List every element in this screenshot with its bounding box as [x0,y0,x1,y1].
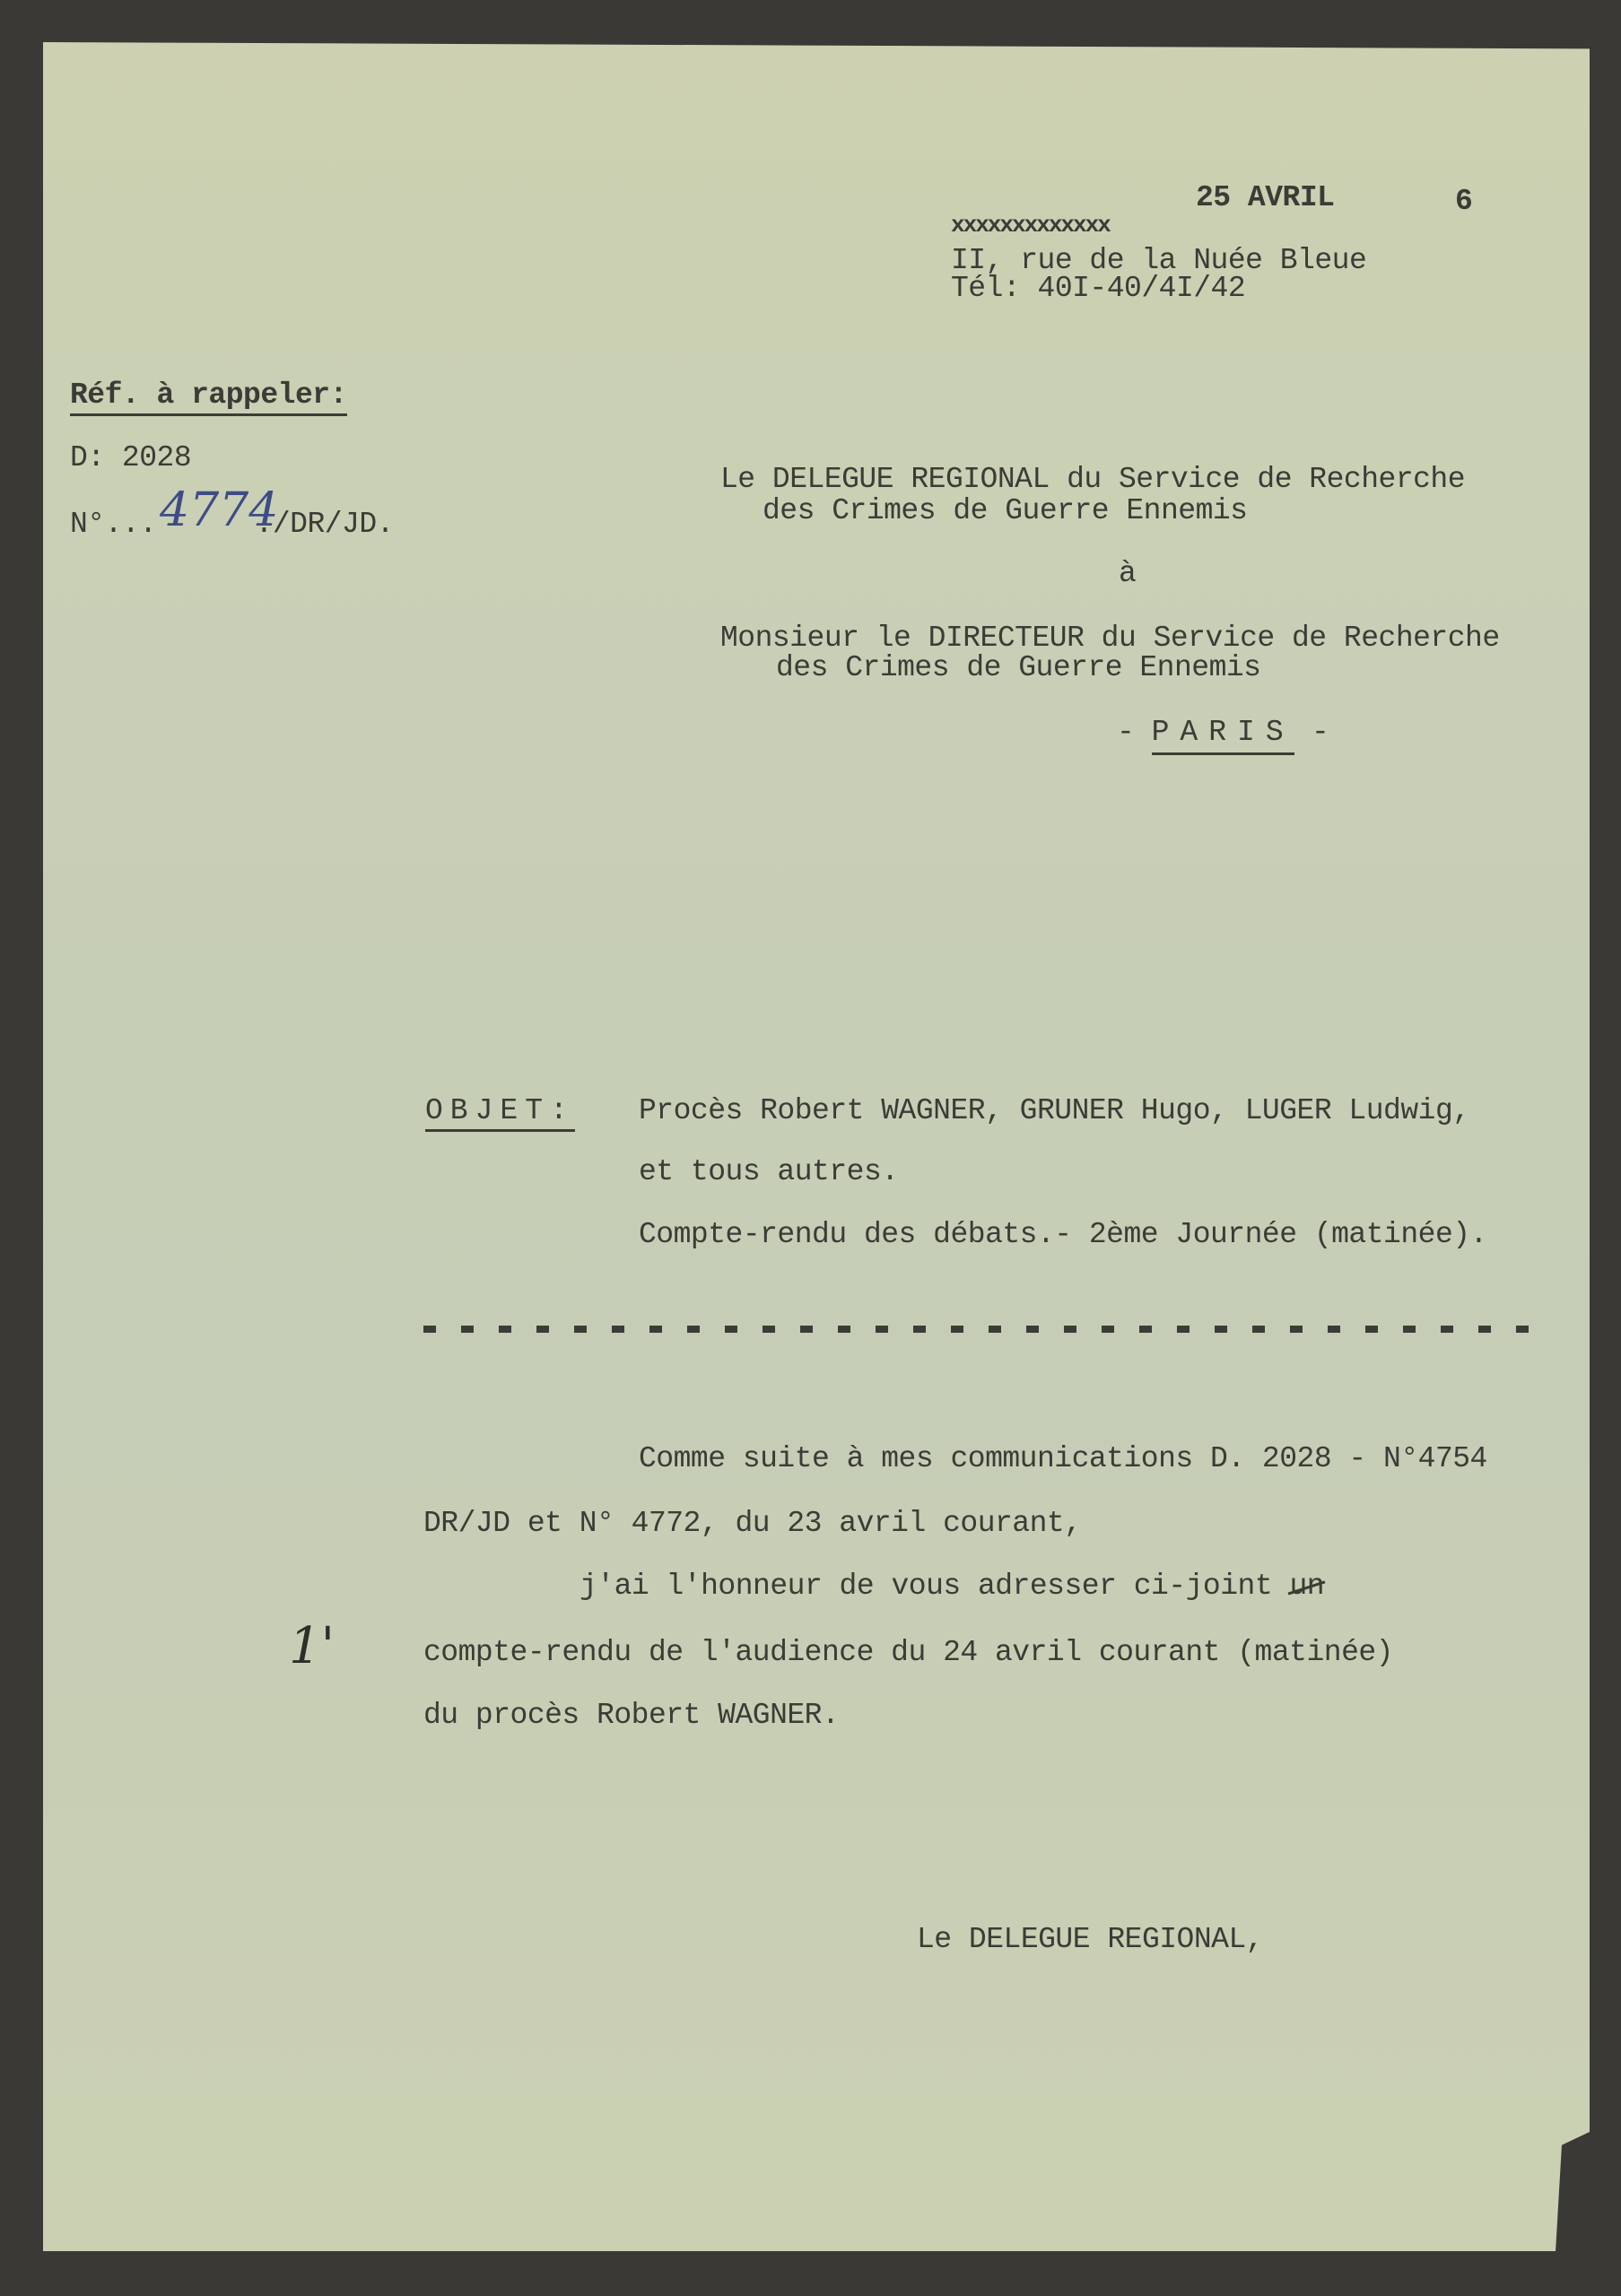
struck-word: un [1289,1570,1324,1603]
handwritten-reference-number: 4774 [160,487,278,534]
subject-label: OBJET: [425,1096,575,1132]
subject-line-1: Procès Robert WAGNER, GRUNER Hugo, LUGER… [639,1096,1470,1126]
body-line-4: compte-rendu de l'audience du 24 avril c… [423,1638,1393,1667]
body-line-3: j'ai l'honneur de vous adresser ci-joint… [580,1571,1324,1601]
handwritten-margin-note: 1' [289,1622,335,1672]
dossier-reference: D: 2028 [70,443,191,473]
recipient-line-2: des Crimes de Guerre Ennemis [776,653,1261,683]
subject-line-2: et tous autres. [639,1157,899,1187]
reference-number-prefix: N°... [70,508,157,541]
body-line-1: Comme suite à mes communications D. 2028… [639,1444,1487,1474]
document-page [43,42,1590,2251]
letter-date: 25 AVRIL [1196,183,1334,213]
sender-line-1: Le DELEGUE REGIONAL du Service de Recher… [720,465,1465,494]
body-line-2: DR/JD et N° 4772, du 23 avril courant, [423,1509,1082,1538]
body-line-5: du procès Robert WAGNER. [423,1700,839,1730]
separator-dashed-line [423,1326,1550,1333]
addressed-to: à [1119,559,1136,588]
subject-line-3: Compte-rendu des débats.- 2ème Journée (… [639,1220,1487,1249]
struck-line: xxxxxxxxxxxxx [951,213,1110,237]
signature-block: Le DELEGUE REGIONAL, [917,1925,1263,1954]
recipient-city: - PARIS - [1117,717,1329,747]
sender-line-2: des Crimes de Guerre Ennemis [763,496,1248,526]
page-number: 6 [1455,187,1472,216]
reference-label: Réf. à rappeler: [70,380,347,416]
recipient-line-1: Monsieur le DIRECTEUR du Service de Rech… [720,623,1500,653]
city-name: PARIS [1152,716,1294,755]
phone-number: Tél: 40I-40/4I/42 [951,274,1245,303]
